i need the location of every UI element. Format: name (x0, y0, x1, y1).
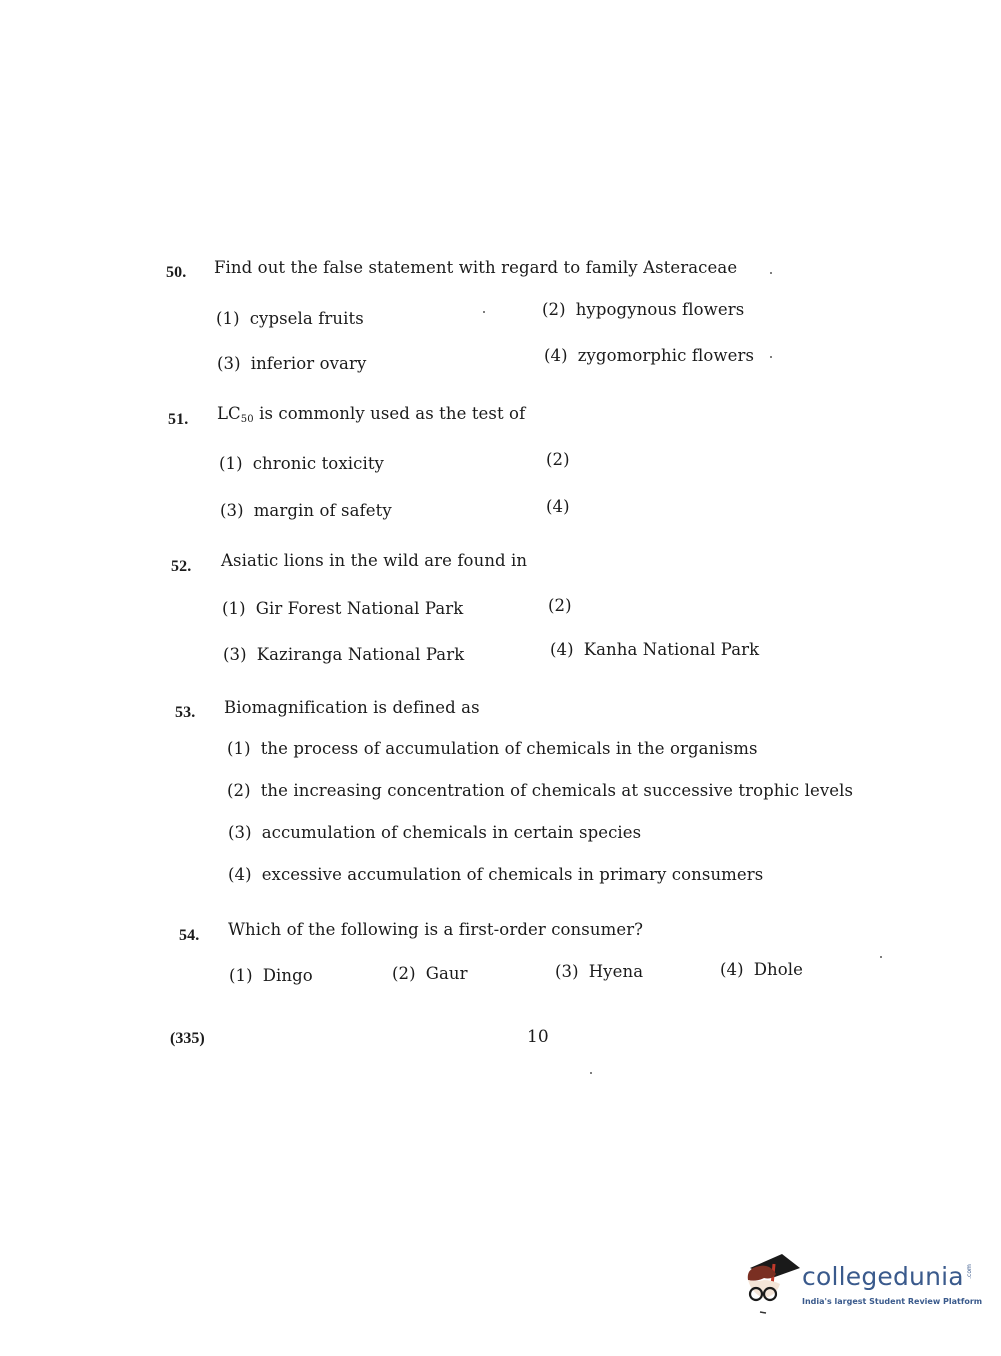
option-label: (4) (550, 640, 574, 659)
option-1: (1)cypsela fruits (216, 309, 364, 328)
option-label: (1) (219, 454, 243, 473)
question-text: Find out the false statement with regard… (214, 258, 737, 277)
option-label: (2) (542, 300, 566, 319)
option-3: (3)Hyena (555, 962, 643, 981)
option-text: Kanha National Park (584, 640, 760, 659)
option-label: (1) (216, 309, 240, 328)
scan-speck (880, 956, 882, 958)
option-text: zygomorphic flowers (578, 346, 754, 365)
option-label: (4) (544, 346, 568, 365)
page-number: 10 (527, 1027, 549, 1047)
option-2: (2)Gaur (392, 964, 468, 983)
option-label: (4) (228, 865, 252, 884)
brand-name: collegedunia (802, 1262, 964, 1291)
question-number: 53. (175, 704, 195, 722)
option-text: Hyena (589, 962, 643, 981)
question-text: LC50 is commonly used as the test of (217, 404, 525, 425)
option-4: (4)Kanha National Park (550, 640, 759, 659)
scan-speck (483, 311, 485, 313)
exam-page: 50. Find out the false statement with re… (0, 0, 1001, 1356)
option-1: (1)the process of accumulation of chemic… (227, 739, 758, 758)
option-text: accumulation of chemicals in certain spe… (262, 823, 642, 842)
option-4: (4)Dhole (720, 960, 803, 979)
option-label: (2) (548, 596, 572, 615)
brand-tagline: India's largest Student Review Platform (802, 1297, 982, 1306)
option-3: (3)margin of safety (220, 501, 392, 520)
option-text: Gaur (426, 964, 468, 983)
student-mascot-icon (742, 1250, 802, 1320)
option-label: (4) (546, 497, 570, 516)
option-label: (3) (220, 501, 244, 520)
option-label: (1) (227, 739, 251, 758)
option-text: margin of safety (254, 501, 392, 520)
option-4: (4) (546, 497, 580, 516)
option-text: Dingo (263, 966, 313, 985)
option-label: (3) (555, 962, 579, 981)
question-text: Biomagnification is defined as (224, 698, 480, 717)
question-text: Asiatic lions in the wild are found in (221, 551, 527, 570)
option-4: (4)excessive accumulation of chemicals i… (228, 865, 763, 884)
option-text: the increasing concentration of chemical… (261, 781, 853, 800)
option-label: (3) (228, 823, 252, 842)
option-2: (2)the increasing concentration of chemi… (227, 781, 853, 800)
option-text: the process of accumulation of chemicals… (261, 739, 758, 758)
option-text: inferior ovary (251, 354, 367, 373)
scan-speck (770, 356, 772, 358)
option-label: (1) (229, 966, 253, 985)
option-3: (3)inferior ovary (217, 354, 366, 373)
option-1: (1)Dingo (229, 966, 313, 985)
option-label: (1) (222, 599, 246, 618)
option-label: (3) (217, 354, 241, 373)
option-text: hypogynous flowers (576, 300, 745, 319)
option-text: excessive accumulation of chemicals in p… (262, 865, 764, 884)
collegedunia-watermark: collegedunia .com India's largest Studen… (742, 1250, 972, 1320)
option-label: (2) (546, 450, 570, 469)
option-4: (4)zygomorphic flowers (544, 346, 754, 365)
option-1: (1)Gir Forest National Park (222, 599, 463, 618)
question-number: 51. (168, 411, 188, 429)
option-text: Gir Forest National Park (256, 599, 464, 618)
option-label: (2) (227, 781, 251, 800)
option-text: cypsela fruits (250, 309, 364, 328)
option-3: (3)Kaziranga National Park (223, 645, 464, 664)
paper-code: (335) (170, 1030, 205, 1048)
scan-speck (770, 272, 772, 274)
option-text: chronic toxicity (253, 454, 384, 473)
option-2: (2)hypogynous flowers (542, 300, 744, 319)
option-label: (3) (223, 645, 247, 664)
question-number: 50. (166, 264, 186, 282)
option-text: Dhole (754, 960, 803, 979)
option-2: (2) (548, 596, 582, 615)
option-2: (2) (546, 450, 580, 469)
question-text: Which of the following is a first-order … (228, 920, 643, 939)
option-label: (2) (392, 964, 416, 983)
option-label: (4) (720, 960, 744, 979)
option-1: (1)chronic toxicity (219, 454, 384, 473)
brand-domain: .com (966, 1264, 973, 1279)
question-number: 52. (171, 558, 191, 576)
option-text: Kaziranga National Park (257, 645, 465, 664)
scan-speck (590, 1072, 592, 1074)
question-number: 54. (179, 927, 199, 945)
option-3: (3)accumulation of chemicals in certain … (228, 823, 641, 842)
